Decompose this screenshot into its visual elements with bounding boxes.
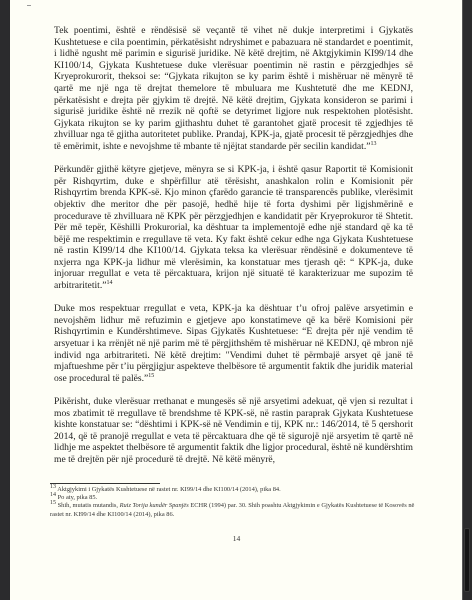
document-page: Tek poentimi, është e rëndësisë së veçan… xyxy=(10,0,463,600)
paragraph-4: Pikërisht, duke vlerësuar rrethanat e mu… xyxy=(54,396,413,466)
paragraph-2: Përkundër gjithë këtyre gjetjeve, mënyra… xyxy=(54,164,413,292)
footnote-13: 13 Aktgjykimi i Gjykatës Kushtetuese në … xyxy=(50,486,420,494)
footnote-ref-13[interactable]: 13 xyxy=(370,141,376,147)
footnote-ref-14[interactable]: 14 xyxy=(106,280,112,286)
footnote-ref-15[interactable]: 15 xyxy=(148,373,154,379)
paragraph-1: Tek poentimi, është e rëndësisë së veçan… xyxy=(54,25,413,153)
page-number: 14 xyxy=(10,534,463,543)
paragraph-3: Duke mos respektuar rregullat e veta, KP… xyxy=(54,303,413,384)
footnote-separator xyxy=(50,483,160,484)
viewer-right-margin xyxy=(462,0,472,600)
vertical-scrollbar-thumb[interactable] xyxy=(464,528,470,592)
page-mark xyxy=(27,5,31,6)
footnotes: 13 Aktgjykimi i Gjykatës Kushtetuese në … xyxy=(50,486,420,519)
viewer-left-margin xyxy=(0,0,9,600)
body-text: Tek poentimi, është e rëndësisë së veçan… xyxy=(54,25,413,477)
footnote-15: 15 Shih, mutatis mutandis, Ruiz Torija k… xyxy=(50,502,420,518)
